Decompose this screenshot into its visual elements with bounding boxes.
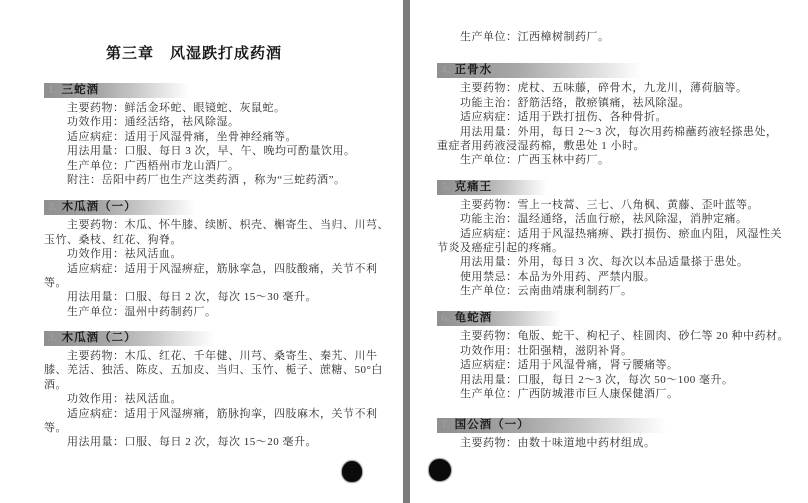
text-line: 主要药物：雪上一枝蒿、三七、八角枫、黄藤、歪叶蓝等。 xyxy=(437,198,797,212)
text-line: 膝、羌活、独活、陈皮、五加皮、当归、玉竹、栀子、蔗糖、50°白 xyxy=(44,363,398,377)
text-line: 生产单位：广西梧州市龙山酒厂。 xyxy=(44,159,398,173)
section-number: 6. xyxy=(441,312,450,324)
book-spread-scan: 第三章 风湿跌打成药酒 1.三蛇酒 主要药物：鲜活金环蛇、眼镜蛇、灰鼠蛇。 功效… xyxy=(0,0,808,503)
text-line: 主要药物：木瓜、怀牛膝、续断、枳壳、槲寄生、当归、川芎、 xyxy=(44,218,398,232)
text-line: 功效作用：祛风活血。 xyxy=(44,247,398,261)
section-number: 2. xyxy=(48,201,57,213)
text-line: 用法用量：口服、每日 2 次，每次 15～30 毫升。 xyxy=(44,290,398,304)
text-line: 节炎及癌症引起的疼痛。 xyxy=(437,241,797,255)
text-line: 适应病症：适用于风湿痹症，筋脉挛急，四肢酸痛，关节不利 xyxy=(44,262,398,276)
section-heading: 4.正骨水 xyxy=(437,63,642,78)
section-heading: 3.木瓜酒（二） xyxy=(44,331,215,346)
section-number: 5. xyxy=(441,181,450,193)
binding-hole-right-page xyxy=(429,459,451,481)
section-heading: 6.龟蛇酒 xyxy=(437,311,561,326)
section-heading: 1.三蛇酒 xyxy=(44,83,189,98)
section-title: 国公酒（一） xyxy=(455,419,530,431)
text-line: 玉竹、桑枝、红花、狗脊。 xyxy=(44,233,398,247)
text-line: 生产单位：温州中药制药厂。 xyxy=(44,305,398,319)
page-left: 第三章 风湿跌打成药酒 1.三蛇酒 主要药物：鲜活金环蛇、眼镜蛇、灰鼠蛇。 功效… xyxy=(44,0,398,450)
text-line: 等。 xyxy=(44,276,398,290)
text-line: 主要药物：鲜活金环蛇、眼镜蛇、灰鼠蛇。 xyxy=(44,101,398,115)
text-line: 生产单位：云南曲靖康利制药厂。 xyxy=(437,284,797,298)
text-line: 用法用量：外用，每日 3 次、每次以本品适量搽于患处。 xyxy=(437,255,797,269)
section-ke-tong-wang: 5.克痛王 主要药物：雪上一枝蒿、三七、八角枫、黄藤、歪叶蓝等。 功能主治：温经… xyxy=(437,180,797,299)
text-line: 重症者用药液浸湿药棉，敷患处 1 小时。 xyxy=(437,139,797,153)
section-title: 龟蛇酒 xyxy=(455,312,493,324)
section-number: 4. xyxy=(441,64,450,76)
section-number: 3. xyxy=(48,332,57,344)
text-line: 功效作用：壮阳强精，滋阴补肾。 xyxy=(437,344,797,358)
section-guo-gong-jiu: 7.国公酒（一） 主要药物：由数十味道地中药材组成。 xyxy=(437,418,797,450)
section-heading: 5.克痛王 xyxy=(437,180,547,195)
text-line: 功效作用：通经活络，祛风除湿。 xyxy=(44,115,398,129)
section-gui-she-jiu: 6.龟蛇酒 主要药物：龟版、蛇干、枸杞子、桂圆肉、砂仁等 20 种中药材。 功效… xyxy=(437,311,797,401)
text-line: 酒。 xyxy=(44,378,398,392)
text-line: 适应病症：适用于风湿热痛痹、跌打损伤、瘀血内阻，风湿性关 xyxy=(437,227,797,241)
text-line: 附注：岳阳中药厂也生产这类药酒 ，称为“三蛇药酒”。 xyxy=(44,173,398,187)
section-title: 木瓜酒（一） xyxy=(62,201,137,213)
section-heading: 7.国公酒（一） xyxy=(437,418,667,433)
carryover-text-line: 生产单位：江西樟树制药厂。 xyxy=(437,30,797,44)
text-line: 生产单位：广西玉林中药厂。 xyxy=(437,153,797,167)
section-mu-gua-jiu-2: 3.木瓜酒（二） 主要药物：木瓜、红花、千年健、川芎、桑寄生、秦艽、川牛 膝、羌… xyxy=(44,331,398,450)
page-right: 生产单位：江西樟树制药厂。 4.正骨水 主要药物：虎杖、五味藤，碎骨木，九龙川，… xyxy=(437,0,797,451)
section-heading: 2.木瓜酒（一） xyxy=(44,200,196,215)
chapter-title: 第三章 风湿跌打成药酒 xyxy=(44,42,344,63)
text-line: 使用禁忌：本品为外用药、严禁内服。 xyxy=(437,270,797,284)
section-title: 克痛王 xyxy=(455,181,493,193)
text-line: 主要药物：由数十味道地中药材组成。 xyxy=(437,436,797,450)
text-line: 主要药物：龟版、蛇干、枸杞子、桂圆肉、砂仁等 20 种中药材。 xyxy=(437,329,797,343)
section-number: 7. xyxy=(441,419,450,431)
text-line: 用法用量：口服、每日 2 次，每次 15～20 毫升。 xyxy=(44,435,398,449)
text-line: 适应病症：适用于风湿痹痛，筋脉拘挛，四肢麻木，关节不利 xyxy=(44,407,398,421)
text-line: 主要药物：木瓜、红花、千年健、川芎、桑寄生、秦艽、川牛 xyxy=(44,349,398,363)
section-title: 木瓜酒（二） xyxy=(62,332,137,344)
section-number: 1. xyxy=(48,84,57,96)
section-title: 正骨水 xyxy=(455,64,493,76)
text-line: 功能主治：温经通络，活血行瘀，祛风除湿，消肿定痛。 xyxy=(437,212,797,226)
text-line: 用法用量：口服，每日 2～3 次，每次 50～100 毫升。 xyxy=(437,373,797,387)
text-line: 等。 xyxy=(44,421,398,435)
page-divider xyxy=(403,0,410,503)
section-title: 三蛇酒 xyxy=(62,84,100,96)
text-line: 功效作用：祛风活血。 xyxy=(44,392,398,406)
text-line: 适应病症：适用于跌打扭伤、各种骨折。 xyxy=(437,110,797,124)
text-line: 适应病症：适用于风湿骨痛，肾亏腰痛等。 xyxy=(437,358,797,372)
text-line: 主要药物：虎杖、五味藤，碎骨木，九龙川，薄荷脑等。 xyxy=(437,81,797,95)
binding-hole-left-page xyxy=(342,461,362,482)
text-line: 用法用量：外用，每日 2～3 次，每次用药棉蘸药液轻搽患处， xyxy=(437,125,797,139)
text-line: 适应病症：适用于风湿骨痛，坐骨神经痛等。 xyxy=(44,130,398,144)
text-line: 生产单位：广西防城港市巨人康保健酒厂。 xyxy=(437,387,797,401)
section-mu-gua-jiu-1: 2.木瓜酒（一） 主要药物：木瓜、怀牛膝、续断、枳壳、槲寄生、当归、川芎、 玉竹… xyxy=(44,200,398,319)
text-line: 功能主治：舒筋活络，散瘀镇痛，祛风除湿。 xyxy=(437,96,797,110)
text-line: 用法用量：口服、每日 3 次，早、午、晚均可酌量饮用。 xyxy=(44,144,398,158)
section-san-she-jiu: 1.三蛇酒 主要药物：鲜活金环蛇、眼镜蛇、灰鼠蛇。 功效作用：通经活络，祛风除湿… xyxy=(44,83,398,187)
section-zheng-gu-shui: 4.正骨水 主要药物：虎杖、五味藤，碎骨木，九龙川，薄荷脑等。 功能主治：舒筋活… xyxy=(437,63,797,167)
